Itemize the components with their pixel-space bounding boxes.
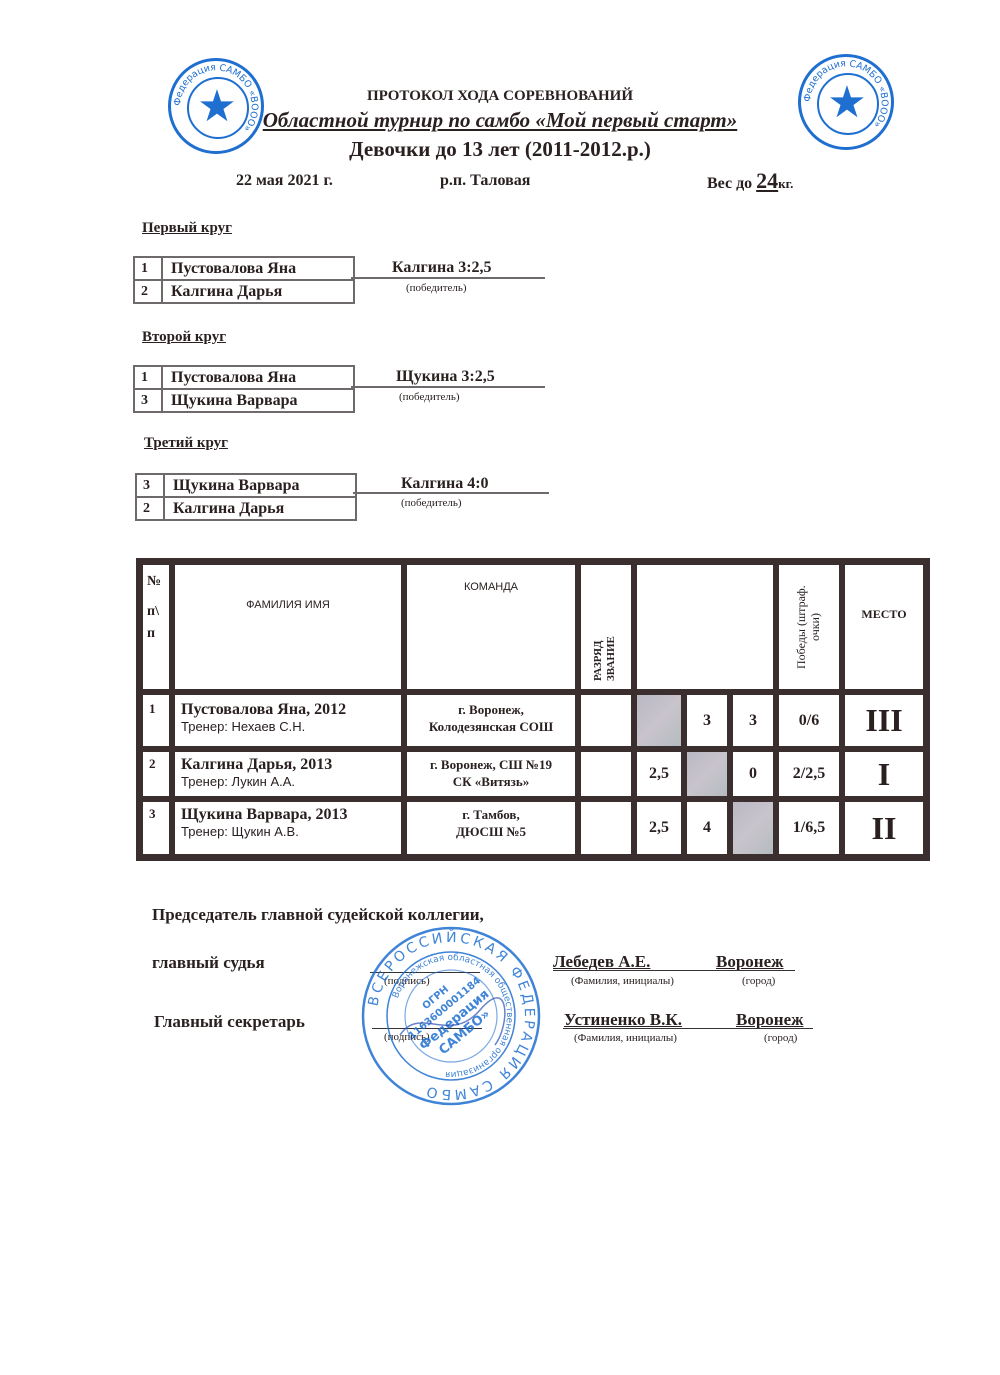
- chair-name-line: [553, 970, 795, 971]
- result-line: [351, 277, 545, 279]
- coach-name: Тренер: Щукин А.В.: [175, 824, 401, 839]
- team-city: г. Воронеж, СШ №19: [407, 752, 575, 773]
- pair-name: Пустовалова Яна: [163, 258, 353, 279]
- header-rank-label: РАЗРЯД ЗВАНИЕ: [592, 613, 620, 681]
- header-wins: Победы (штраф. очки): [776, 562, 842, 692]
- wins-cell: 0/6: [776, 692, 842, 749]
- pair-row: 1Пустовалова Яна: [135, 367, 353, 390]
- team-club: ДЮСШ №5: [407, 823, 575, 840]
- venue: р.п. Таловая: [440, 172, 530, 190]
- pair-row: 3Щукина Варвара: [135, 390, 353, 411]
- row-num: 2: [140, 749, 172, 799]
- secretary-name-line: [563, 1028, 813, 1029]
- official-stamp: ВСЕРОССИЙСКАЯ ФЕДЕРАЦИЯ САМБО Воронежска…: [360, 925, 542, 1107]
- winner-note: (победитель): [399, 391, 460, 403]
- header-name: ФАМИЛИЯ ИМЯ: [172, 562, 404, 692]
- rank-cell: [578, 799, 634, 857]
- round-1-title: Первый круг: [142, 220, 232, 237]
- team-club: Колодезянская СОШ: [407, 718, 575, 735]
- weight-prefix: Вес до: [707, 175, 752, 192]
- winner-note: (победитель): [401, 497, 462, 509]
- athlete-name: Пустовалова Яна, 2012: [175, 695, 401, 719]
- match-cell: 2,5: [634, 799, 684, 857]
- chair-city: Воронеж: [716, 952, 783, 972]
- match-cell-self: [634, 692, 684, 749]
- place-cell: II: [842, 799, 926, 857]
- pair-name: Щукина Варвара: [163, 390, 353, 411]
- pair-name: Калгина Дарья: [165, 498, 355, 519]
- pair-num: 1: [135, 367, 163, 388]
- pair-row: 2Калгина Дарья: [137, 498, 355, 519]
- secretary-city-caption: (город): [764, 1032, 797, 1044]
- table-header-row: № п\ п ФАМИЛИЯ ИМЯ КОМАНДА РАЗРЯД ЗВАНИЕ…: [140, 562, 926, 692]
- place-cell: I: [842, 749, 926, 799]
- match-cell: 4: [684, 799, 730, 857]
- round-3-result: Калгина 4:0: [401, 475, 489, 493]
- chair-title: Председатель главной судейской коллегии,: [152, 905, 484, 925]
- header-team: КОМАНДА: [404, 562, 578, 692]
- round-2-result: Щукина 3:2,5: [396, 368, 495, 386]
- chair-name-caption: (Фамилия, инициалы): [571, 975, 674, 987]
- date: 22 мая 2021 г.: [236, 172, 333, 190]
- athlete-name: Калгина Дарья, 2013: [175, 752, 401, 774]
- place-cell: III: [842, 692, 926, 749]
- wins-cell: 2/2,5: [776, 749, 842, 799]
- team-cell: г. Тамбов, ДЮСШ №5: [404, 799, 578, 857]
- chair-title-line2: главный судья: [152, 953, 265, 973]
- pair-num: 2: [135, 281, 163, 302]
- header-team-label: КОМАНДА: [407, 565, 575, 593]
- pair-name: Щукина Варвара: [165, 475, 355, 496]
- secretary-name-caption: (Фамилия, инициалы): [574, 1032, 677, 1044]
- header-num: № п\ п: [140, 562, 172, 692]
- table-row: 1 Пустовалова Яна, 2012 Тренер: Нехаев С…: [140, 692, 926, 749]
- results-table: № п\ п ФАМИЛИЯ ИМЯ КОМАНДА РАЗРЯД ЗВАНИЕ…: [136, 558, 930, 861]
- match-cell-self: [684, 749, 730, 799]
- header-num-line3: п: [147, 623, 169, 645]
- header-place: МЕСТО: [842, 562, 926, 692]
- row-num-value: 2: [143, 752, 169, 772]
- match-cell: 3: [730, 692, 776, 749]
- result-line: [353, 492, 549, 494]
- winner-note: (победитель): [406, 282, 467, 294]
- rank-cell: [578, 749, 634, 799]
- chair-city-caption: (город): [742, 975, 775, 987]
- pair-num: 3: [137, 475, 165, 496]
- secretary-city: Воронеж: [736, 1010, 803, 1030]
- table-row: 2 Калгина Дарья, 2013 Тренер: Лукин А.А.…: [140, 749, 926, 799]
- table-row: 3 Щукина Варвара, 2013 Тренер: Щукин А.В…: [140, 799, 926, 857]
- pair-num: 2: [137, 498, 165, 519]
- chair-name: Лебедев А.Е.: [553, 952, 650, 972]
- match-cell: 0: [730, 749, 776, 799]
- round-3-title: Третий круг: [144, 435, 228, 452]
- athlete-cell: Щукина Варвара, 2013 Тренер: Щукин А.В.: [172, 799, 404, 857]
- header-place-label: МЕСТО: [845, 565, 923, 622]
- match-cell-self: [730, 799, 776, 857]
- rank-cell: [578, 692, 634, 749]
- pair-name: Пустовалова Яна: [163, 367, 353, 388]
- pair-row: 2Калгина Дарья: [135, 281, 353, 302]
- tournament-name: Областной турнир по самбо «Мой первый ст…: [0, 108, 1000, 133]
- match-cell: 2,5: [634, 749, 684, 799]
- row-num: 1: [140, 692, 172, 749]
- pair-row: 1Пустовалова Яна: [135, 258, 353, 281]
- round-2-pair: 1Пустовалова Яна 3Щукина Варвара: [133, 365, 355, 413]
- team-city: г. Тамбов,: [407, 802, 575, 823]
- team-cell: г. Воронеж, СШ №19 СК «Витязь»: [404, 749, 578, 799]
- result-line: [351, 386, 545, 388]
- round-1-pair: 1Пустовалова Яна 2Калгина Дарья: [133, 256, 355, 304]
- weight-class: Вес до 24кг.: [707, 168, 793, 194]
- header-num-line2: п\: [147, 601, 169, 623]
- match-cell: 3: [684, 692, 730, 749]
- protocol-title: ПРОТОКОЛ ХОДА СОРЕВНОВАНИЙ: [0, 88, 1000, 105]
- header-wins-label: Победы (штраф. очки): [794, 577, 824, 677]
- secretary-title: Главный секретарь: [154, 1012, 305, 1032]
- pair-row: 3Щукина Варвара: [137, 475, 355, 498]
- row-num-value: 1: [143, 695, 169, 717]
- coach-name: Тренер: Лукин А.А.: [175, 774, 401, 789]
- wins-cell: 1/6,5: [776, 799, 842, 857]
- pair-num: 3: [135, 390, 163, 411]
- team-cell: г. Воронеж, Колодезянская СОШ: [404, 692, 578, 749]
- row-num: 3: [140, 799, 172, 857]
- weight-unit: кг.: [778, 176, 793, 191]
- weight-value: 24: [756, 168, 778, 193]
- team-club: СК «Витязь»: [407, 773, 575, 790]
- pair-num: 1: [135, 258, 163, 279]
- athlete-name: Щукина Варвара, 2013: [175, 802, 401, 824]
- round-2-title: Второй круг: [142, 329, 226, 346]
- header-num-symbol: №: [147, 571, 169, 593]
- header-rank: РАЗРЯД ЗВАНИЕ: [578, 562, 634, 692]
- round-1-result: Калгина 3:2,5: [392, 259, 492, 277]
- row-num-value: 3: [143, 802, 169, 822]
- category: Девочки до 13 лет (2011-2012.р.): [0, 137, 1000, 162]
- round-3-pair: 3Щукина Варвара 2Калгина Дарья: [135, 473, 357, 521]
- header-name-label: ФАМИЛИЯ ИМЯ: [175, 565, 401, 611]
- athlete-cell: Пустовалова Яна, 2012 Тренер: Нехаев С.Н…: [172, 692, 404, 749]
- athlete-cell: Калгина Дарья, 2013 Тренер: Лукин А.А.: [172, 749, 404, 799]
- coach-name: Тренер: Нехаев С.Н.: [175, 719, 401, 734]
- secretary-name: Устиненко В.К.: [564, 1010, 682, 1030]
- header-matches: [634, 562, 776, 692]
- team-city: г. Воронеж,: [407, 695, 575, 718]
- pair-name: Калгина Дарья: [163, 281, 353, 302]
